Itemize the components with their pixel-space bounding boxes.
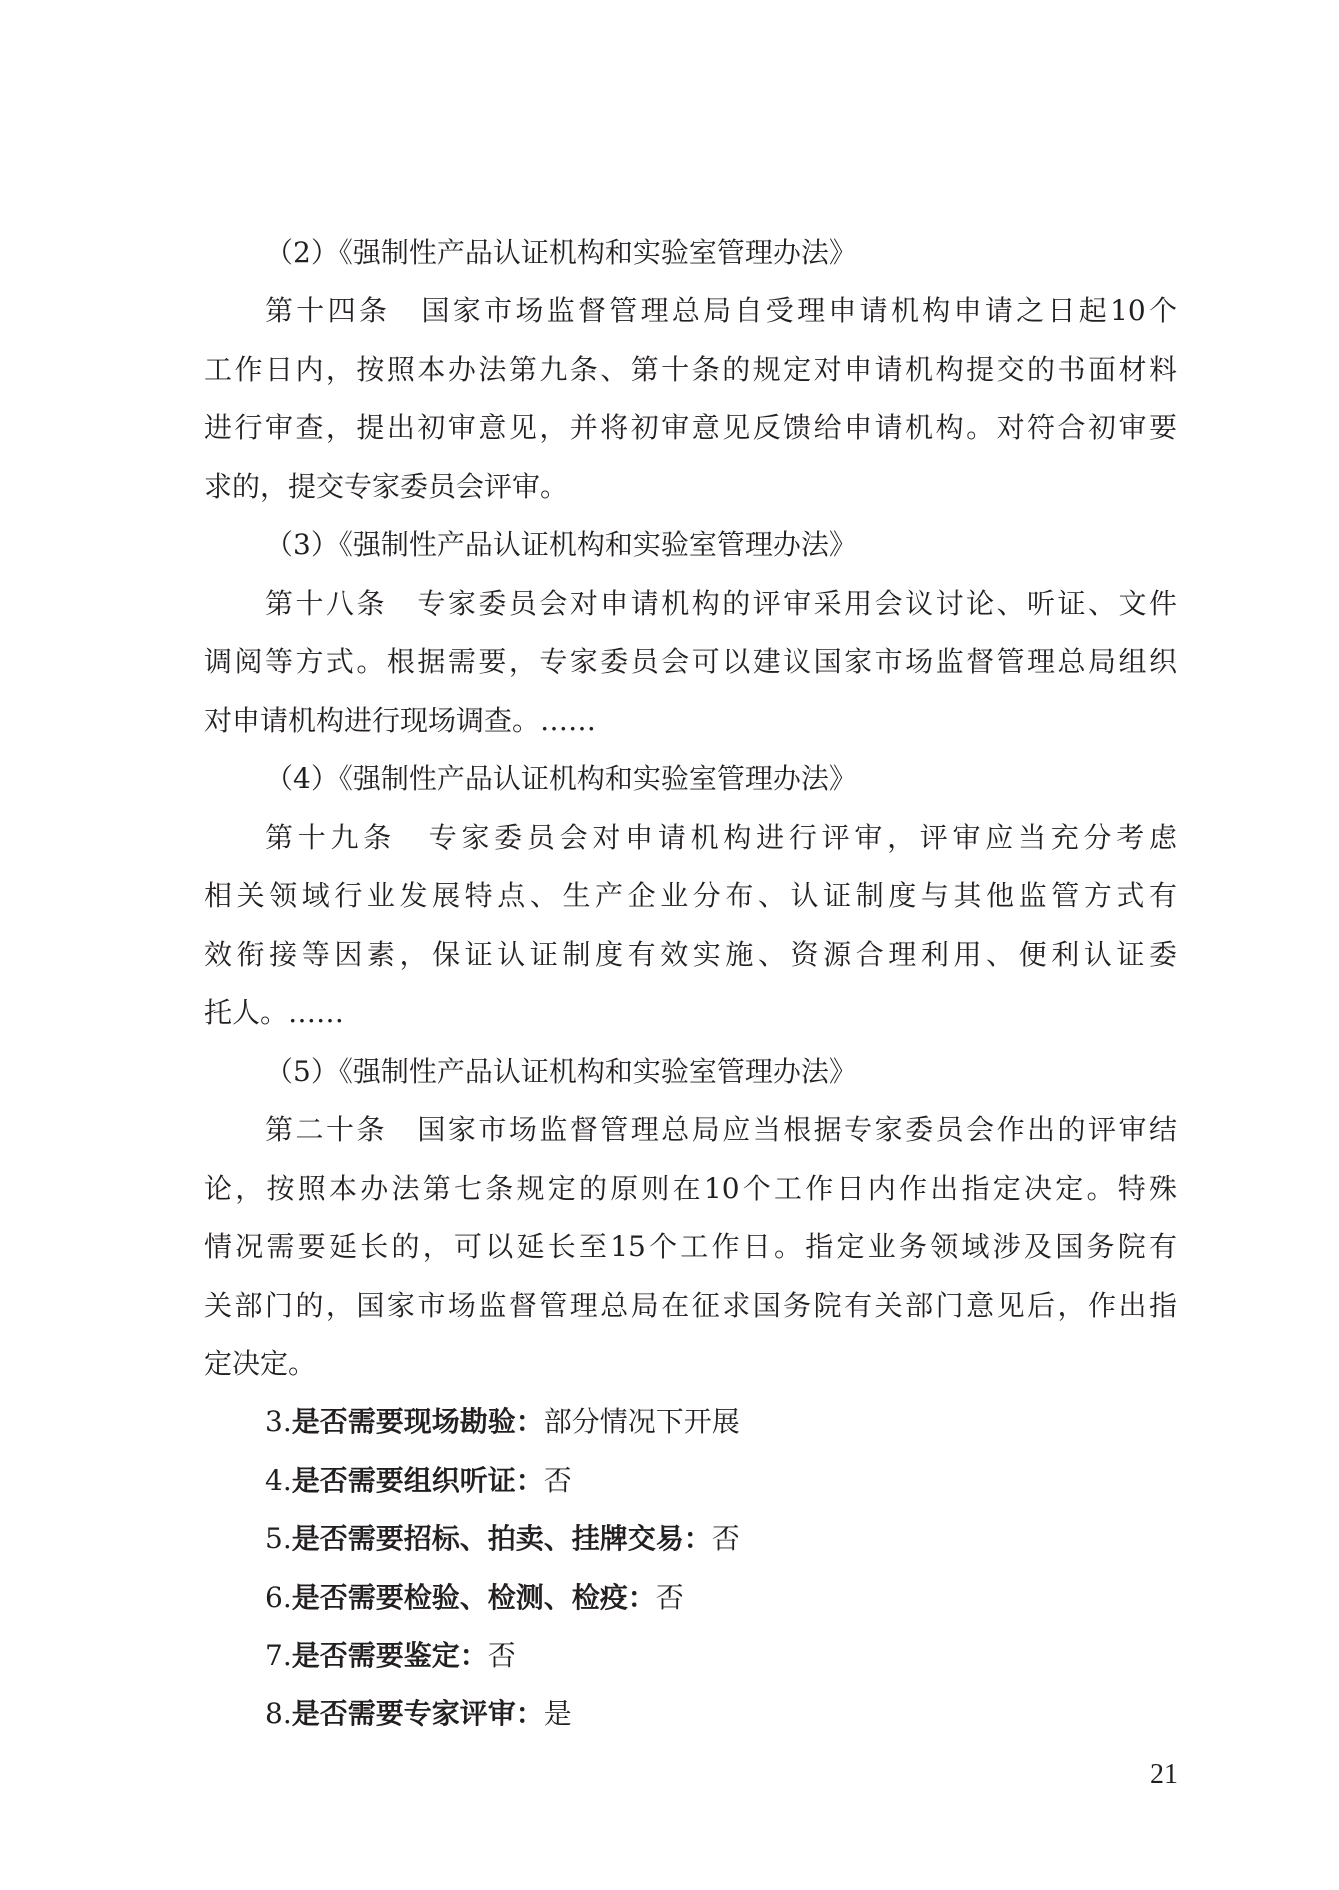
- page-number: 21: [1150, 1755, 1190, 1795]
- item-number: 3.: [265, 1405, 292, 1438]
- article-line: 工作日内，按照本办法第九条、第十条的规定对申请机构提交的书面材料: [204, 350, 1177, 390]
- article-line: 第十八条 专家委员会对申请机构的评审采用会议讨论、听证、文件: [265, 584, 1177, 624]
- item-value: 否: [544, 1464, 572, 1497]
- article-line: 托人。……: [204, 993, 1177, 1033]
- item-label: 是否需要招标、拍卖、挂牌交易：: [292, 1522, 712, 1555]
- article-line: 情况需要延长的，可以延长至15个工作日。指定业务领域涉及国务院有: [204, 1227, 1177, 1267]
- item-line: 3.是否需要现场勘验：部分情况下开展: [265, 1402, 1177, 1442]
- item-number: 6.: [265, 1581, 292, 1614]
- item-label: 是否需要鉴定：: [292, 1639, 488, 1672]
- source-title: （3）《强制性产品认证机构和实验室管理办法》: [265, 525, 1177, 565]
- item-label: 是否需要检验、检测、检疫：: [292, 1581, 656, 1614]
- article-line: 调阅等方式。根据需要，专家委员会可以建议国家市场监督管理总局组织: [204, 642, 1177, 682]
- item-number: 7.: [265, 1639, 292, 1672]
- item-label: 是否需要专家评审：: [292, 1697, 544, 1730]
- article-line: 关部门的，国家市场监督管理总局在征求国务院有关部门意见后，作出指: [204, 1286, 1177, 1326]
- item-line: 8.是否需要专家评审：是: [265, 1694, 1177, 1734]
- article-line: 效衔接等因素，保证认证制度有效实施、资源合理利用、便利认证委: [204, 935, 1177, 975]
- item-value: 否: [488, 1639, 516, 1672]
- item-line: 6.是否需要检验、检测、检疫：否: [265, 1578, 1177, 1618]
- source-title: （5）《强制性产品认证机构和实验室管理办法》: [265, 1052, 1177, 1092]
- item-number: 5.: [265, 1522, 292, 1555]
- source-title: （2）《强制性产品认证机构和实验室管理办法》: [265, 233, 1177, 273]
- item-line: 4.是否需要组织听证：否: [265, 1461, 1177, 1501]
- item-value: 否: [712, 1522, 740, 1555]
- article-line: 对申请机构进行现场调查。……: [204, 701, 1177, 741]
- article-line: 定决定。: [204, 1344, 1177, 1384]
- item-number: 4.: [265, 1464, 292, 1497]
- source-title: （4）《强制性产品认证机构和实验室管理办法》: [265, 759, 1177, 799]
- item-number: 8.: [265, 1697, 292, 1730]
- article-line: 第十四条 国家市场监督管理总局自受理申请机构申请之日起10个: [265, 291, 1177, 331]
- document-page: （2）《强制性产品认证机构和实验室管理办法》 第十四条 国家市场监督管理总局自受…: [0, 0, 1339, 1890]
- article-line: 求的，提交专家委员会评审。: [204, 467, 1177, 507]
- article-line: 论，按照本办法第七条规定的原则在10个工作日内作出指定决定。特殊: [204, 1169, 1177, 1209]
- item-line: 5.是否需要招标、拍卖、挂牌交易：否: [265, 1519, 1177, 1559]
- article-line: 相关领域行业发展特点、生产企业分布、认证制度与其他监管方式有: [204, 876, 1177, 916]
- item-line: 7.是否需要鉴定：否: [265, 1636, 1177, 1676]
- item-value: 部分情况下开展: [544, 1405, 740, 1438]
- item-label: 是否需要现场勘验：: [292, 1405, 544, 1438]
- item-value: 是: [544, 1697, 572, 1730]
- article-line: 第二十条 国家市场监督管理总局应当根据专家委员会作出的评审结: [265, 1110, 1177, 1150]
- item-label: 是否需要组织听证：: [292, 1464, 544, 1497]
- item-value: 否: [656, 1581, 684, 1614]
- article-line: 第十九条 专家委员会对申请机构进行评审，评审应当充分考虑: [265, 818, 1177, 858]
- article-line: 进行审查，提出初审意见，并将初审意见反馈给申请机构。对符合初审要: [204, 408, 1177, 448]
